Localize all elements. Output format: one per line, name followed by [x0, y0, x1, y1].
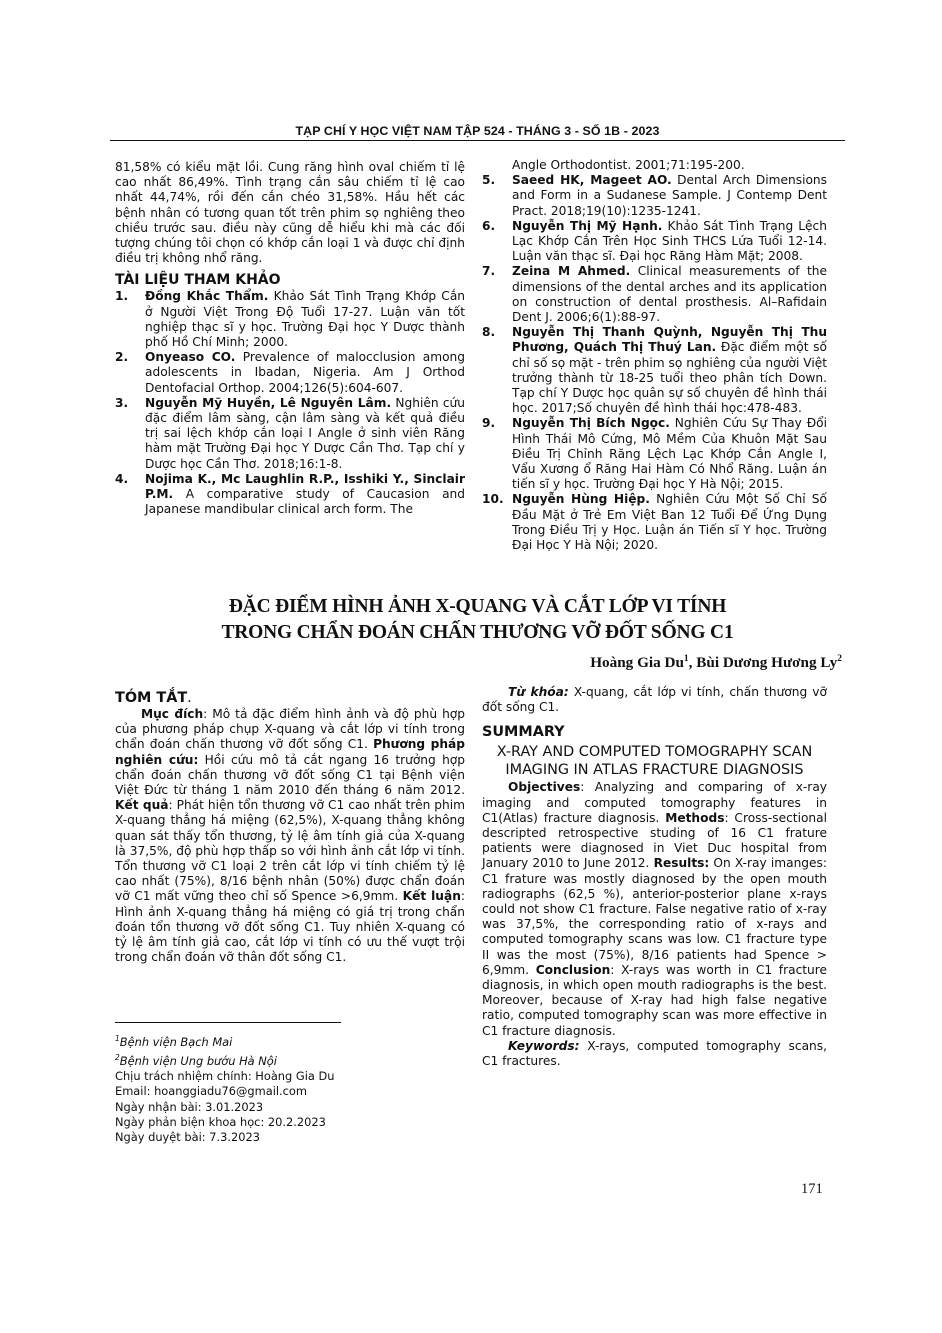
- reference-item: 5.Saeed HK, Mageet AO. Dental Arch Dimen…: [482, 173, 827, 219]
- results-label: Kết quả: [115, 798, 169, 812]
- reference-number: 1.: [115, 289, 128, 304]
- reference-item: 2.Onyeaso CO. Prevalence of malocclusion…: [115, 350, 465, 396]
- email-link[interactable]: hoanggiadu76@gmail.com: [154, 1084, 307, 1098]
- reference-number: 2.: [115, 350, 128, 365]
- keywords-en: Keywords: X-rays, computed tomography sc…: [482, 1039, 827, 1069]
- reference-number: 6.: [482, 219, 495, 234]
- page-number: 171: [801, 1181, 823, 1198]
- reference-number: 10.: [482, 492, 504, 507]
- summary-heading: SUMMARY: [482, 724, 827, 741]
- reference-list-left: 1.Đồng Khắc Thẩm. Khảo Sát Tình Trạng Kh…: [115, 289, 465, 517]
- conclusion-en-label: Conclusion: [536, 963, 611, 977]
- reference-item: 4.Nojima K., Mc Laughlin R.P., Isshiki Y…: [115, 472, 465, 518]
- reference-item: 7.Zeina M Ahmed. Clinical measurements o…: [482, 264, 827, 325]
- reference-item: 1.Đồng Khắc Thẩm. Khảo Sát Tình Trạng Kh…: [115, 289, 465, 350]
- keywords-vi: Từ khóa: X-quang, cắt lớp vi tính, chấn …: [482, 685, 827, 715]
- running-header: TẠP CHÍ Y HỌC VIỆT NAM TẬP 524 - THÁNG 3…: [110, 124, 845, 141]
- footnote-divider: [115, 1022, 341, 1023]
- reference-authors: Saeed HK, Mageet AO.: [512, 173, 672, 187]
- footnote-received-date: Ngày nhận bài: 3.01.2023: [115, 1100, 475, 1115]
- reference-authors: Nguyễn Thị Bích Ngọc.: [512, 416, 670, 430]
- reference-item: 8.Nguyễn Thị Thanh Quỳnh, Nguyễn Thị Thu…: [482, 325, 827, 416]
- keywords-vi-label: Từ khóa:: [508, 685, 569, 699]
- purpose-label: Mục đích: [141, 707, 203, 721]
- abstract-en-body: Objectives: Analyzing and comparing of x…: [482, 780, 827, 1038]
- conclusion-label: Kết luận: [403, 889, 461, 903]
- abstract-english-column: Từ khóa: X-quang, cắt lớp vi tính, chấn …: [482, 685, 827, 1069]
- reference-authors: Onyeaso CO.: [145, 350, 235, 364]
- reference-authors: Nguyễn Hùng Hiệp.: [512, 492, 650, 506]
- footnote-accepted-date: Ngày duyệt bài: 7.3.2023: [115, 1130, 475, 1145]
- previous-article-conclusion: 81,58% có kiểu mặt lồi. Cung răng hình o…: [115, 160, 465, 266]
- reference-number: 3.: [115, 396, 128, 411]
- results-en-label: Results:: [654, 856, 710, 870]
- article-title-line-1: ĐẶC ĐIỂM HÌNH ẢNH X-QUANG VÀ CẮT LỚP VI …: [110, 594, 845, 620]
- reference-number: 7.: [482, 264, 495, 279]
- footnote-affiliation-1: 1Bệnh viện Bạch Mai: [115, 1031, 475, 1050]
- footnote-review-date: Ngày phản biện khoa học: 20.2.2023: [115, 1115, 475, 1130]
- author-name: Bùi Dương Hương Ly: [696, 654, 837, 671]
- reference-item: 3.Nguyễn Mỹ Huyền, Lê Nguyên Lâm. Nghiên…: [115, 396, 465, 472]
- footnote-affiliation-2: 2Bệnh viện Ung bướu Hà Nội: [115, 1050, 475, 1069]
- abstract-vi-heading: TÓM TẮT.: [115, 690, 465, 707]
- reference-number: 4.: [115, 472, 128, 487]
- summary-title: X-RAY AND COMPUTED TOMOGRAPHY SCAN IMAGI…: [482, 743, 827, 779]
- author-list: Hoàng Gia Du1, Bùi Dương Hương Ly2: [590, 654, 842, 672]
- abstract-vi-body: Mục đích: Mô tả đặc điểm hình ảnh và độ …: [115, 707, 465, 965]
- reference-authors: Nguyễn Thị Mỹ Hạnh.: [512, 219, 662, 233]
- reference-item: 6.Nguyễn Thị Mỹ Hạnh. Khảo Sát Tình Trạn…: [482, 219, 827, 265]
- reference-number: 5.: [482, 173, 495, 188]
- references-heading: TÀI LIỆU THAM KHẢO: [115, 272, 465, 289]
- article-title: ĐẶC ĐIỂM HÌNH ẢNH X-QUANG VÀ CẮT LỚP VI …: [110, 594, 845, 646]
- article-title-line-2: TRONG CHẨN ĐOÁN CHẤN THƯƠNG VỠ ĐỐT SỐNG …: [110, 620, 845, 646]
- reference-authors: Đồng Khắc Thẩm.: [145, 289, 268, 303]
- reference-authors: Nguyễn Mỹ Huyền, Lê Nguyên Lâm.: [145, 396, 391, 410]
- footnote-email: Email: hoanggiadu76@gmail.com: [115, 1084, 475, 1099]
- methods-en-label: Methods: [665, 811, 724, 825]
- author-name: Hoàng Gia Du: [590, 654, 684, 671]
- reference-number: 8.: [482, 325, 495, 340]
- keywords-en-label: Keywords:: [508, 1039, 579, 1053]
- reference-authors: Zeina M Ahmed.: [512, 264, 630, 278]
- reference-number: 9.: [482, 416, 495, 431]
- previous-article-right-column: Angle Orthodontist. 2001;71:195-200. 5.S…: [482, 158, 827, 553]
- reference-text: A comparative study of Caucasion and Jap…: [145, 487, 465, 516]
- reference-item-continued: Angle Orthodontist. 2001;71:195-200.: [482, 158, 827, 173]
- footnotes: 1Bệnh viện Bạch Mai 2Bệnh viện Ung bướu …: [115, 1031, 475, 1146]
- objectives-label: Objectives: [508, 780, 580, 794]
- reference-list-right: Angle Orthodontist. 2001;71:195-200. 5.S…: [482, 158, 827, 553]
- previous-article-left-column: 81,58% có kiểu mặt lồi. Cung răng hình o…: [115, 160, 465, 517]
- reference-item: 10.Nguyễn Hùng Hiệp. Nghiên Cứu Một Số C…: [482, 492, 827, 553]
- abstract-vietnamese: TÓM TẮT. Mục đích: Mô tả đặc điểm hình ả…: [115, 690, 465, 965]
- reference-text: Angle Orthodontist. 2001;71:195-200.: [512, 158, 745, 172]
- footnote-corresponding-author: Chịu trách nhiệm chính: Hoàng Gia Du: [115, 1069, 475, 1084]
- reference-item: 9.Nguyễn Thị Bích Ngọc. Nghiên Cứu Sự Th…: [482, 416, 827, 492]
- author-affiliation-mark: 2: [837, 654, 842, 664]
